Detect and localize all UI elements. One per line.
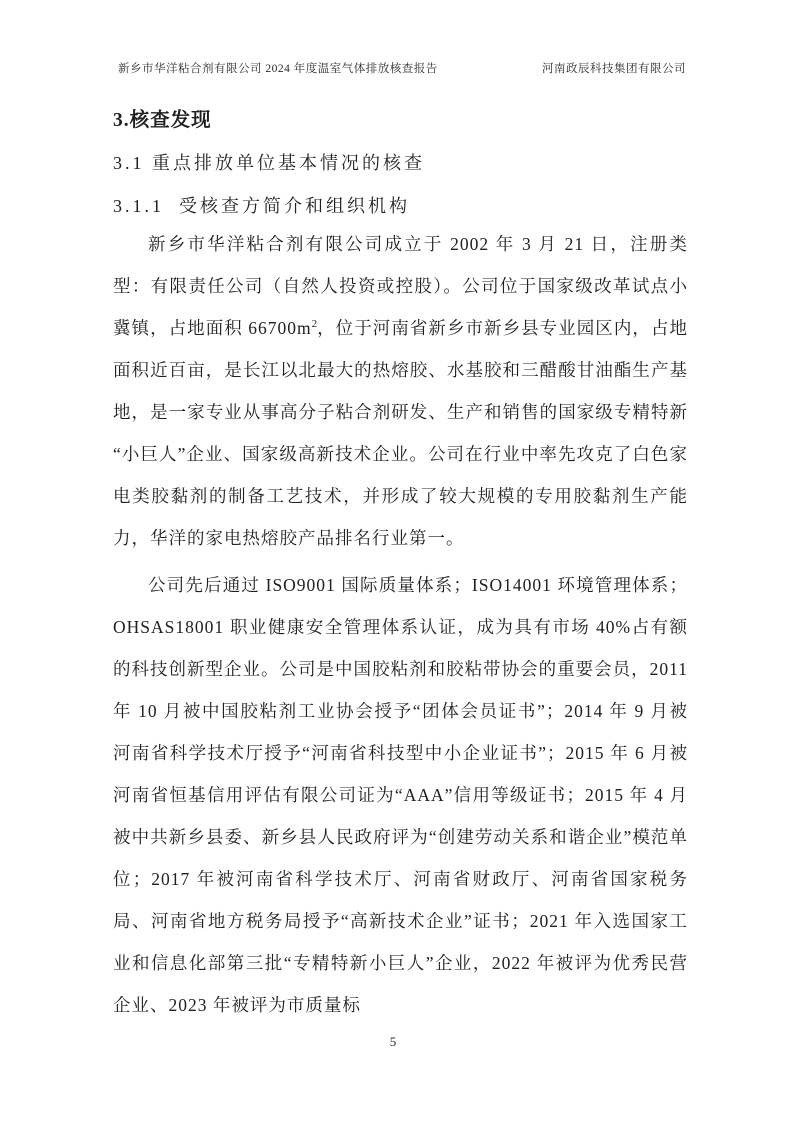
header-verifier-company: 河南政辰科技集团有限公司 (542, 61, 686, 77)
paragraph-certifications: 公司先后通过 ISO9001 国际质量体系；ISO14001 环境管理体系；OH… (113, 564, 688, 1026)
running-header: 新乡市华洋粘合剂有限公司 2024 年度温室气体排放核查报告 河南政辰科技集团有… (118, 61, 686, 77)
subsubsection-heading: 3.1.1 受核查方简介和组织机构 (113, 193, 688, 219)
company-intro-text-continued: ，位于河南省新乡市新乡县专业园区内，占地面积近百亩，是长江以北最大的热熔胶、水基… (113, 318, 688, 548)
report-page: 新乡市华洋粘合剂有限公司 2024 年度温室气体排放核查报告 河南政辰科技集团有… (0, 0, 800, 1131)
page-content: 3.核查发现 3.1 重点排放单位基本情况的核查 3.1.1 受核查方简介和组织… (113, 106, 688, 1026)
paragraph-company-intro: 新乡市华洋粘合剂有限公司成立于 2002 年 3 月 21 日，注册类型：有限责… (113, 223, 688, 559)
section-heading: 3.核查发现 (113, 106, 688, 136)
subsection-heading: 3.1 重点排放单位基本情况的核查 (113, 150, 688, 176)
page-number: 5 (0, 1033, 786, 1051)
header-report-title: 新乡市华洋粘合剂有限公司 2024 年度温室气体排放核查报告 (118, 61, 438, 77)
